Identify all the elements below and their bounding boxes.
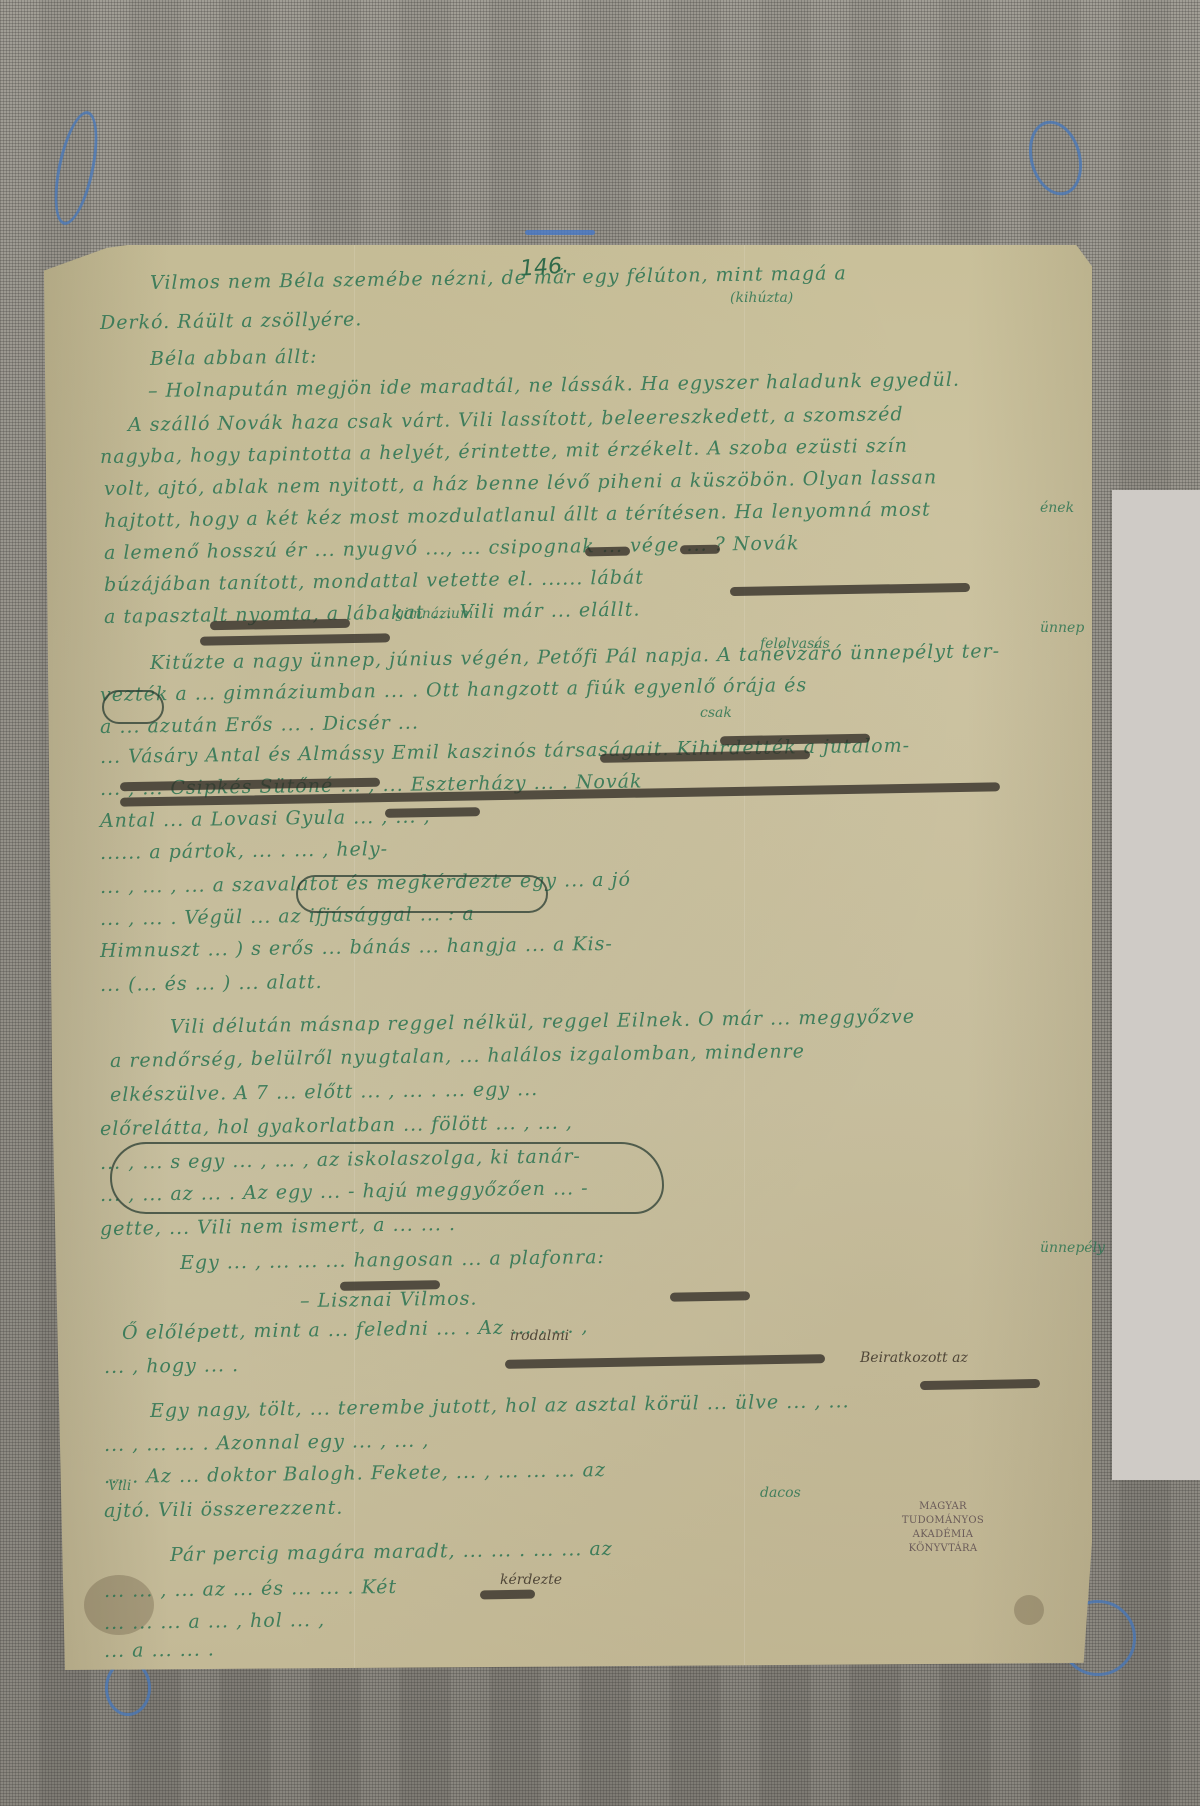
- manuscript-line: ... ... ... a ... , hol ... ,: [104, 1609, 325, 1634]
- strikethrough: [340, 1280, 440, 1291]
- strikethrough: [585, 547, 630, 557]
- manuscript-line: Antal ... a Lovasi Gyula ... , ... ,: [100, 805, 431, 832]
- manuscript-line: ... (... és ... ) ... alatt.: [100, 971, 323, 996]
- blue-crayon-mark-top-left: [46, 108, 105, 229]
- manuscript-line: ... , hogy ... .: [104, 1354, 239, 1378]
- top-insertion-note: (kihúzta): [730, 290, 793, 306]
- stamp-line-3: KÖNYVTÁRA: [878, 1542, 1008, 1556]
- margin-note: ünnep: [1040, 620, 1084, 636]
- interlinear-note: felolvasás: [760, 636, 830, 652]
- manuscript-line: Derkó. Ráült a zsöllyére.: [100, 308, 363, 334]
- manuscript-line: ... a ... ... .: [104, 1638, 215, 1662]
- margin-note: ének: [1040, 500, 1074, 516]
- manuscript-line: Béla abban állt:: [150, 346, 318, 370]
- stain: [1014, 1595, 1044, 1625]
- manuscript-line: – Lisznai Vilmos.: [300, 1288, 478, 1312]
- strikethrough: [480, 1590, 535, 1600]
- strikethrough: [670, 1291, 750, 1301]
- interlinear-note: ünnepély: [1040, 1240, 1105, 1256]
- circled-phrase: [110, 1142, 664, 1214]
- library-stamp: MAGYAR TUDOMÁNYOS AKADÉMIA KÖNYVTÁRA: [878, 1500, 1008, 1556]
- circled-margin-note: [102, 690, 164, 724]
- interlinear-note: gimnázium: [395, 606, 473, 622]
- interlinear-note: csak: [700, 705, 732, 721]
- manuscript-line: ...... a pártok, ... . ... , hely-: [100, 838, 388, 864]
- manuscript-line: ... ... , ... az ... és ... ... . Két: [104, 1576, 397, 1602]
- margin-note: Vili: [108, 1478, 131, 1494]
- manuscript-line: ... , ... ... . Azonnal egy ... , ... ,: [104, 1429, 430, 1456]
- white-backing-card: [1112, 490, 1200, 1480]
- blue-crayon-dash-top: [525, 230, 595, 235]
- strikethrough: [680, 545, 720, 555]
- circled-phrase: [296, 875, 548, 913]
- stamp-line-2: TUDOMÁNYOS AKADÉMIA: [878, 1514, 1008, 1542]
- blue-crayon-mark-top-right: [1021, 115, 1090, 202]
- interlinear-note: irodalmi: [510, 1328, 569, 1344]
- strikethrough: [385, 807, 480, 818]
- interlinear-note: dacos: [760, 1485, 801, 1501]
- interlinear-note: Beiratkozott az: [860, 1350, 968, 1366]
- stamp-line-1: MAGYAR: [878, 1500, 1008, 1514]
- interlinear-note: kérdezte: [500, 1572, 562, 1588]
